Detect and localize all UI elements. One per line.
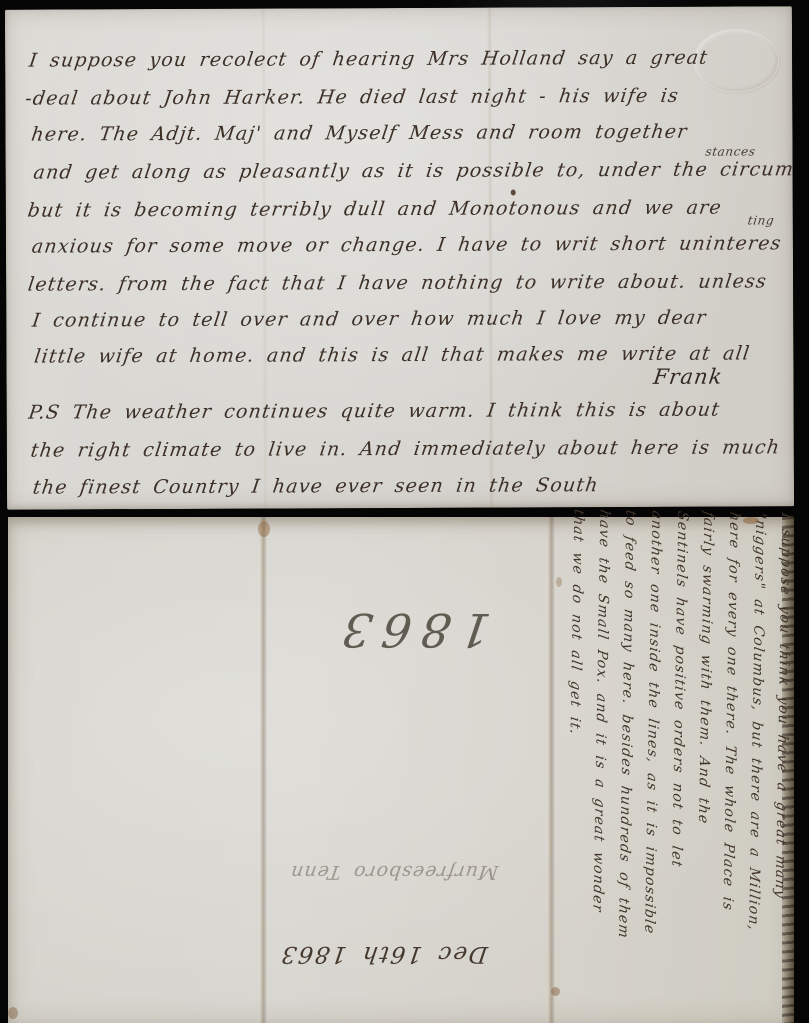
letter-line: I continue to tell over and over how muc… xyxy=(31,307,708,332)
letter-line: letters. from the fact that I have nothi… xyxy=(27,270,769,295)
fold-crease xyxy=(487,8,494,508)
paper-stain xyxy=(556,577,562,587)
letter-line: I suppose you recolect of hearing Mrs Ho… xyxy=(28,47,710,72)
letter-line: little wife at home. and this is all tha… xyxy=(33,342,752,367)
verso-sheet: 1863 Murfreesboro Tenn Dec 16th 1863 I s… xyxy=(8,517,794,1023)
verso-year-pencil: 1863 xyxy=(329,603,494,657)
ps-line: the finest Country I have ever seen in t… xyxy=(32,474,601,498)
verso-date-ink: Dec 16th 1863 xyxy=(278,941,489,967)
fold-crease xyxy=(261,9,268,509)
inserted-word: ting xyxy=(747,213,775,227)
paper-stain xyxy=(743,517,759,524)
letter-scan: I suppose you recolect of hearing Mrs Ho… xyxy=(0,0,809,1023)
signature: Frank xyxy=(652,365,725,389)
letter-line: here. The Adjt. Maj' and Myself Mess and… xyxy=(30,121,689,146)
letter-line: and get along as pleasantly as it is pos… xyxy=(32,158,796,183)
ps-line: P.S The weather continues quite warm. I … xyxy=(27,399,721,424)
letter-line: but it is becoming terribly dull and Mon… xyxy=(26,197,723,222)
ink-fleck xyxy=(511,189,516,195)
cross-written-note: I suppose you think you have a great man… xyxy=(551,509,800,1021)
paper-stain xyxy=(258,521,270,537)
fold-crease xyxy=(260,517,267,1023)
letter-line: -deal about John Harker. He died last ni… xyxy=(24,85,681,110)
paper-stain xyxy=(8,1007,18,1019)
paper-stain xyxy=(551,987,560,996)
letter-sheet: I suppose you recolect of hearing Mrs Ho… xyxy=(5,6,794,509)
letter-line: anxious for some move or change. I have … xyxy=(30,232,783,257)
verso-faint-pencil-note: Murfreesboro Tenn xyxy=(288,861,499,883)
ps-line: the right climate to live in. And immedi… xyxy=(29,436,781,461)
inserted-word: stances xyxy=(705,144,757,158)
